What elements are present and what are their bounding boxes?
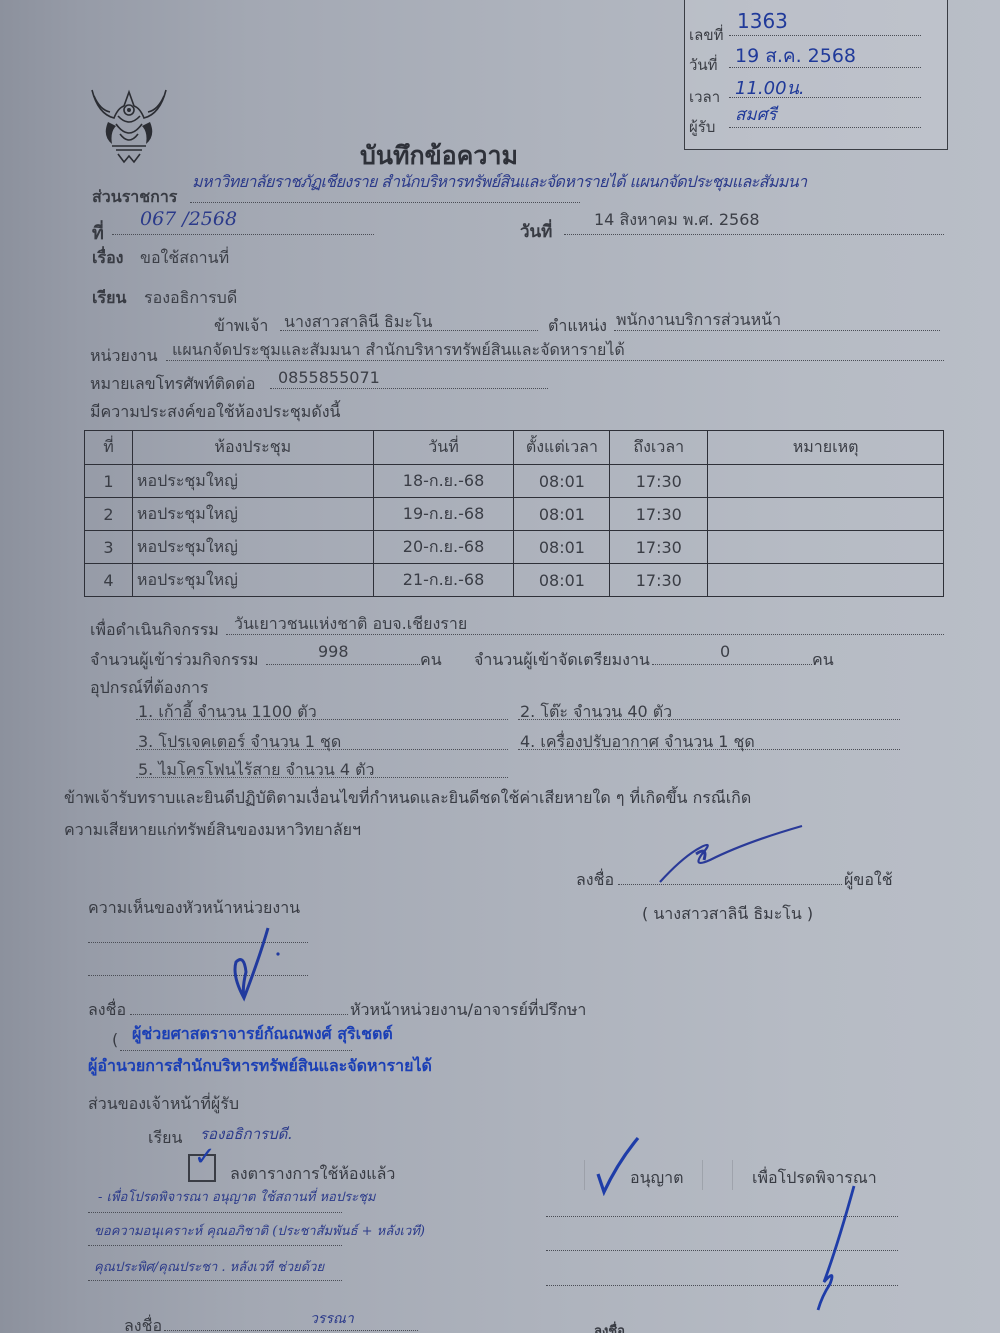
table-row: 3 หอประชุมใหญ่ 20-ก.ย.-68 08:01 17:30 [85,531,944,564]
phone-value: 0855855071 [278,368,380,387]
col-header-room: ห้องประชุม [132,431,373,465]
receipt-number-value: 1363 [737,9,788,33]
cell-to: 17:30 [610,465,708,498]
cell-room: หอประชุมใหญ่ [132,564,373,597]
position-label: ตำแหน่ง [548,314,607,339]
receiver-to-label: เรียน [148,1126,182,1151]
cell-date: 20-ก.ย.-68 [373,531,514,564]
purpose-label: เพื่อดำเนินกิจกรรม [90,618,219,643]
approve-label: อนุญาต [630,1166,684,1191]
agreement-line-1: ข้าพเจ้ารับทราบและยินดีปฏิบัติตามเงื่อนไ… [64,786,751,811]
cell-room: หอประชุมใหญ่ [132,531,373,564]
head-signature-icon [222,926,282,1002]
department-label: ส่วนราชการ [92,185,177,210]
room-booking-table: ที่ ห้องประชุม วันที่ ตั้งแต่เวลา ถึงเวล… [84,430,944,597]
receiver-sign-label: ลงชื่อ [124,1314,162,1333]
cell-note [708,465,944,498]
agreement-line-2: ความเสียหายแก่ทรัพย์สินของมหาวิทยาลัยฯ [64,818,361,843]
unit-label: หน่วยงาน [90,344,158,369]
intent-text: มีความประสงค์ขอใช้ห้องประชุมดังนี้ [90,400,340,425]
equipment-item: 1. เก้าอี้ จำนวน 1100 ตัว [138,700,317,725]
ref-value: 067 /2568 [140,208,237,230]
ref-label: ที่ [92,218,104,247]
cell-to: 17:30 [610,498,708,531]
cell-no: 1 [85,465,133,498]
cell-from: 08:01 [514,564,610,597]
subject-value: ขอใช้สถานที่ [140,246,229,271]
col-header-to: ถึงเวลา [610,431,708,465]
applicant-signature-icon [656,824,806,888]
staff-label: จำนวนผู้เข้าจัดเตรียมงาน [474,648,650,673]
cell-room: หอประชุมใหญ่ [132,465,373,498]
participants-value: 998 [318,642,349,661]
equipment-item: 3. โปรเจคเตอร์ จำนวน 1 ชุด [138,730,341,755]
table-row: 1 หอประชุมใหญ่ 18-ก.ย.-68 08:01 17:30 [85,465,944,498]
date-value: 14 สิงหาคม พ.ศ. 2568 [594,208,760,233]
scheduled-label: ลงตารางการใช้ห้องแล้ว [230,1162,395,1187]
cell-no: 3 [85,531,133,564]
cell-no: 2 [85,498,133,531]
receipt-date-label: วันที่ [689,53,718,77]
staff-unit: คน [812,648,834,673]
col-header-date: วันที่ [373,431,514,465]
applicant-printed-name: ( นางสาวสาลินี ธิมะโน ) [642,902,813,927]
receiver-note-line: ขอความอนุเคราะห์ คุณอภิชาติ (ประชาสัมพัน… [94,1220,425,1241]
receipt-receiver-label: ผู้รับ [689,115,715,139]
subject-label: เรื่อง [92,246,123,271]
cell-from: 08:01 [514,465,610,498]
receiver-section-label: ส่วนของเจ้าหน้าที่ผู้รับ [88,1092,239,1117]
check-mark-icon: ✓ [194,1142,216,1172]
phone-label: หมายเลขโทรศัพท์ติดต่อ [90,372,255,397]
table-header-row: ที่ ห้องประชุม วันที่ ตั้งแต่เวลา ถึงเวล… [85,431,944,465]
cell-to: 17:30 [610,531,708,564]
equipment-label: อุปกรณ์ที่ต้องการ [90,676,209,701]
receiver-note-line: คุณประพิศ/คุณประชา . หลังเวที ช่วยด้วย [94,1256,324,1277]
receiver-sign-value: วรรณา [310,1308,354,1330]
cell-note [708,564,944,597]
equipment-item: 2. โต๊ะ จำนวน 40 ตัว [520,700,672,725]
col-header-from: ตั้งแต่เวลา [514,431,610,465]
head-sign-label: ลงชื่อ [88,998,126,1023]
equipment-item: 5. ไมโครโฟนไร้สาย จำนวน 4 ตัว [138,758,375,783]
date-label: วันที่ [520,218,552,245]
applicant-name: นางสาวสาลินี ธิมะโน [284,310,432,335]
open-paren: ( [112,1030,118,1049]
garuda-emblem-icon [88,84,170,166]
cell-note [708,498,944,531]
approval-sign-label: ลงชื่อ [594,1320,625,1333]
receipt-stamp-box: เลขที่ 1363 วันที่ 19 ส.ค. 2568 เวลา 11.… [684,0,948,150]
cell-room: หอประชุมใหญ่ [132,498,373,531]
head-sign-role: หัวหน้าหน่วยงาน/อาจารย์ที่ปรึกษา [350,998,586,1023]
applicant-label: ข้าพเจ้า [214,314,268,339]
applicant-sign-label: ลงชื่อ [576,868,614,893]
cell-no: 4 [85,564,133,597]
receiver-note-line: - เพื่อโปรดพิจารณา อนุญาต ใช้สถานที่ หอป… [98,1186,375,1207]
purpose-value: วันเยาวชนแห่งชาติ อบจ.เชียงราย [234,612,467,637]
cell-date: 18-ก.ย.-68 [373,465,514,498]
head-opinion-label: ความเห็นของหัวหน้าหน่วยงาน [88,896,300,921]
receipt-number-label: เลขที่ [689,23,723,47]
unit-value: แผนกจัดประชุมและสัมมนา สำนักบริหารทรัพย์… [172,338,625,363]
cell-to: 17:30 [610,564,708,597]
staff-value: 0 [720,642,730,661]
cell-from: 08:01 [514,531,610,564]
table-row: 2 หอประชุมใหญ่ 19-ก.ย.-68 08:01 17:30 [85,498,944,531]
cell-date: 21-ก.ย.-68 [373,564,514,597]
receipt-time-label: เวลา [689,85,720,109]
col-header-note: หมายเหตุ [708,431,944,465]
position-value: พนักงานบริการส่วนหน้า [616,308,781,333]
cell-note [708,531,944,564]
cell-date: 19-ก.ย.-68 [373,498,514,531]
approver-signature-icon [808,1184,858,1314]
department-value: มหาวิทยาลัยราชภัฏเชียงราย สำนักบริหารทรั… [192,170,806,195]
applicant-sign-role: ผู้ขอใช้ [844,868,893,893]
participants-label: จำนวนผู้เข้าร่วมกิจกรรม [90,648,259,673]
head-stamp-title: ผู้อำนวยการสำนักบริหารทรัพย์สินและจัดหาร… [88,1054,432,1079]
equipment-item: 4. เครื่องปรับอากาศ จำนวน 1 ชุด [520,730,755,755]
head-stamp-name: ผู้ช่วยศาสตราจารย์กัณณพงศ์ สุริเชตต์ [132,1022,393,1047]
cell-from: 08:01 [514,498,610,531]
table-row: 4 หอประชุมใหญ่ 21-ก.ย.-68 08:01 17:30 [85,564,944,597]
to-label: เรียน [92,286,126,311]
to-value: รองอธิการบดี [144,286,237,311]
receipt-receiver-value: สมศรี [735,101,777,128]
participants-unit: คน [420,648,442,673]
col-header-no: ที่ [85,431,133,465]
